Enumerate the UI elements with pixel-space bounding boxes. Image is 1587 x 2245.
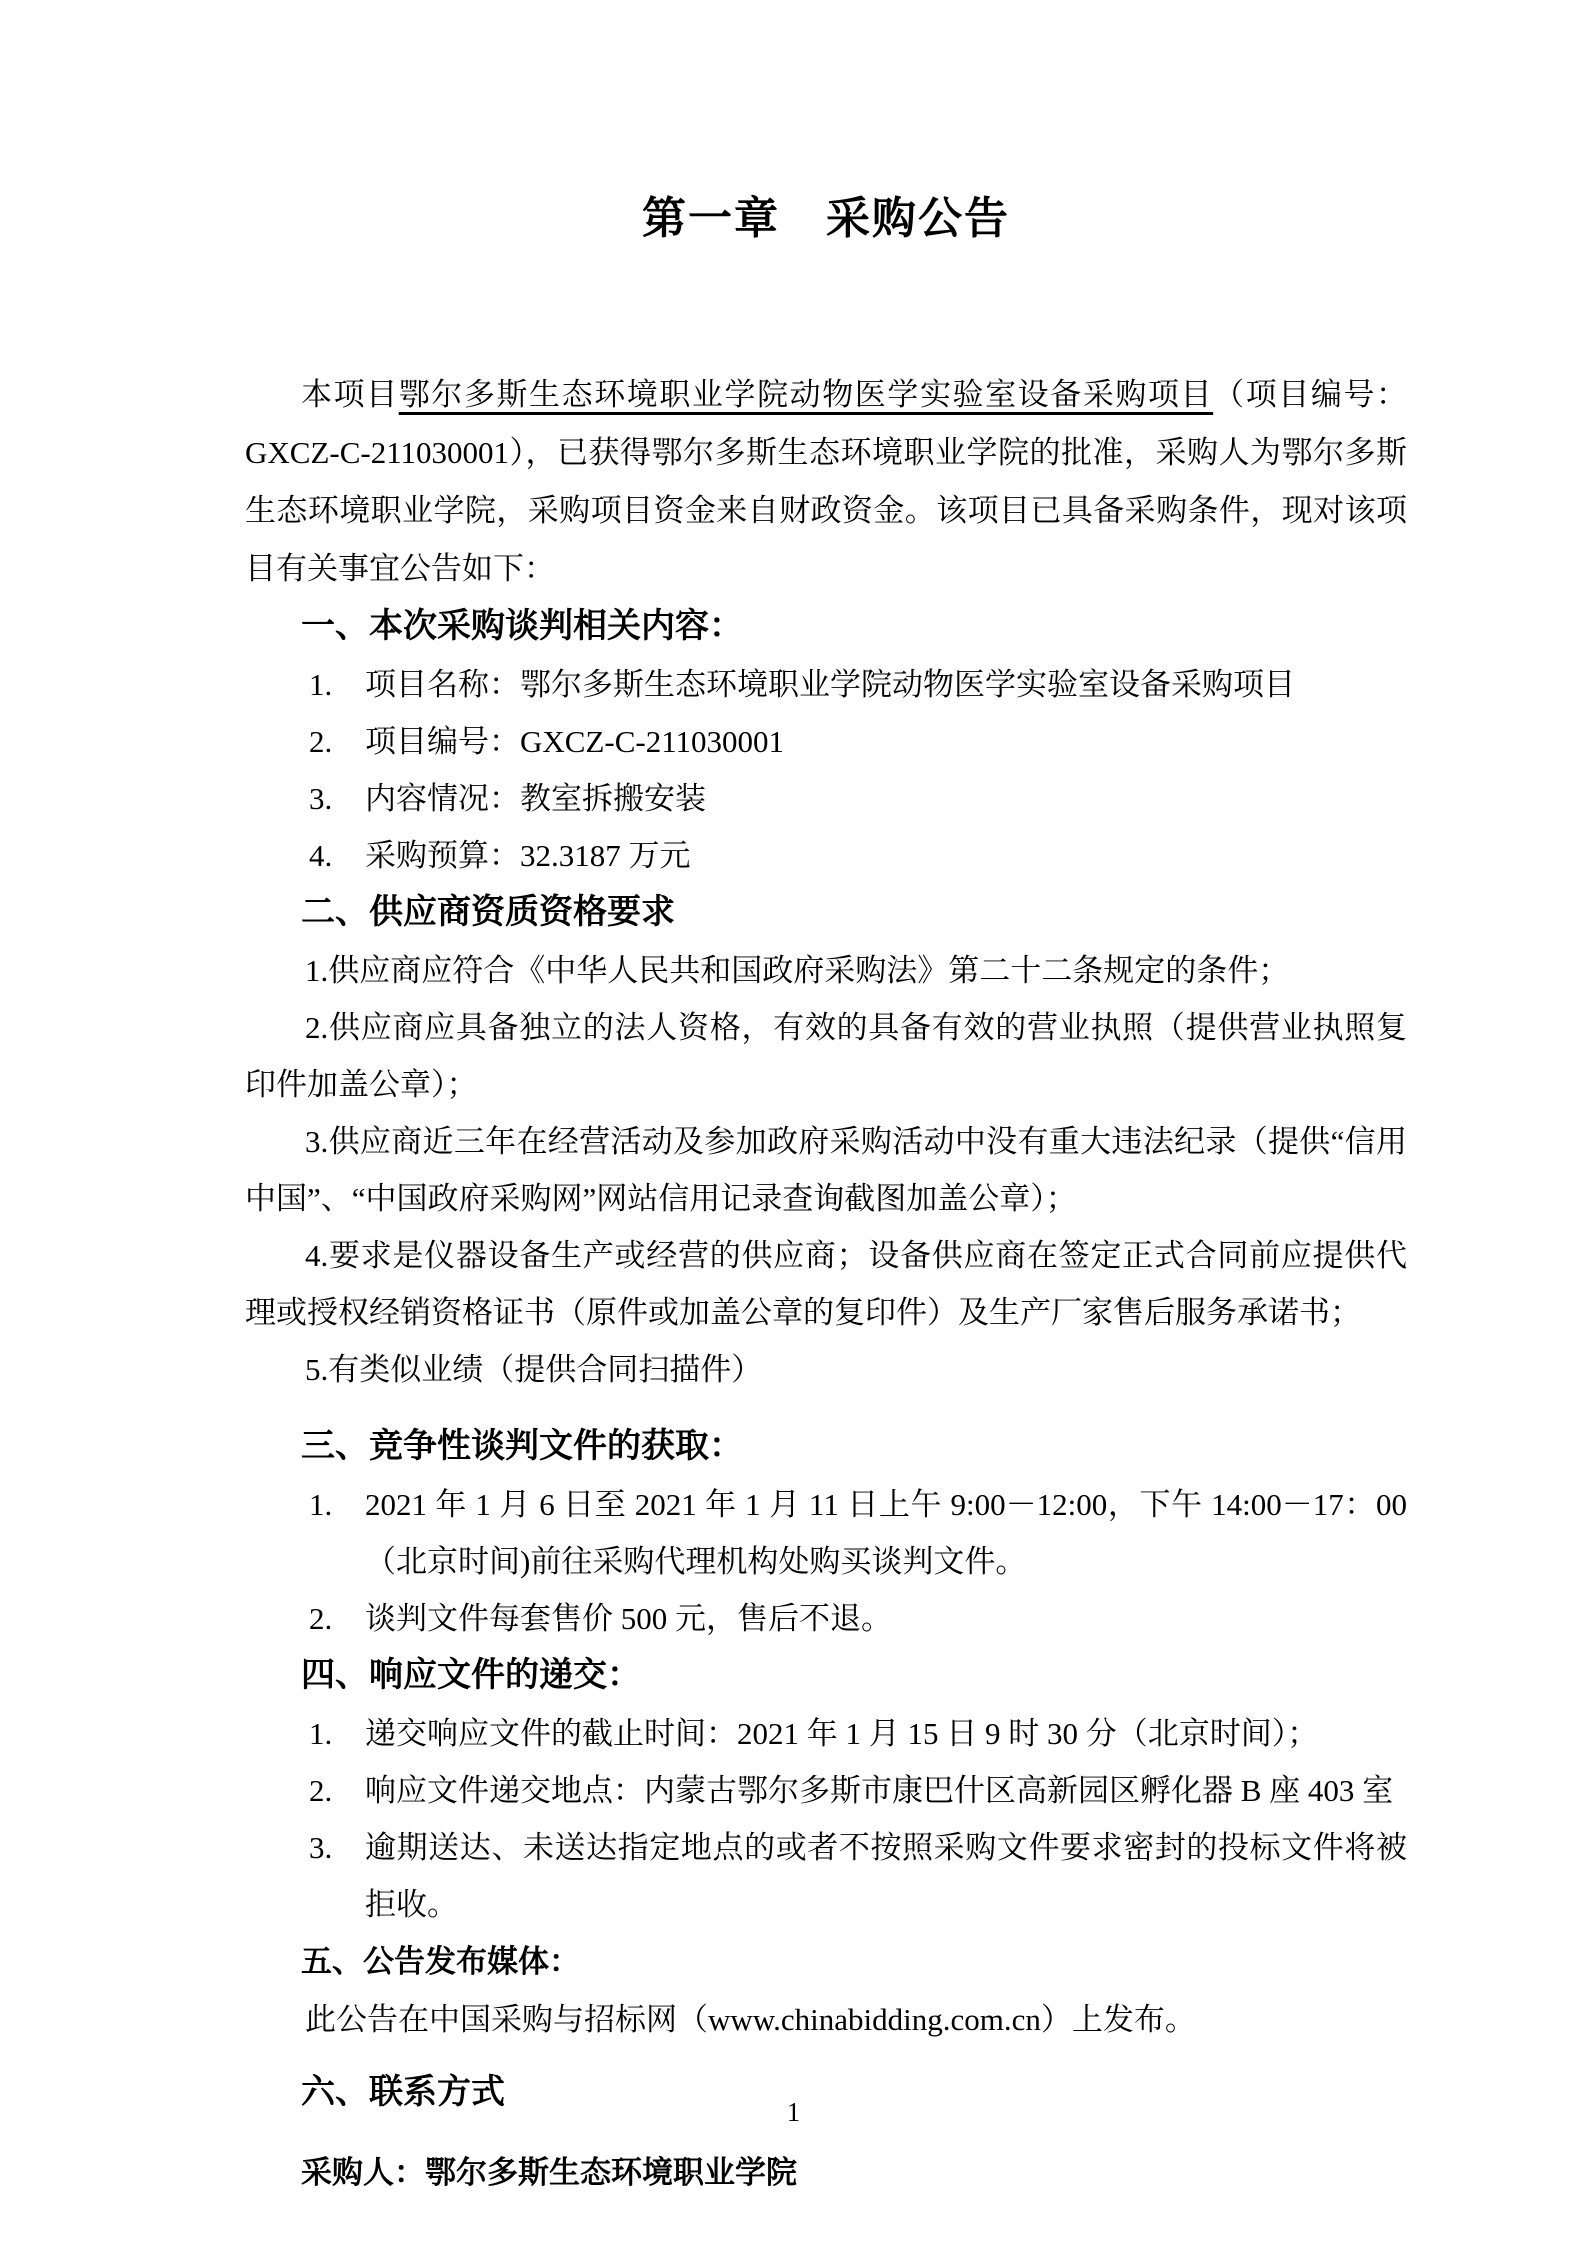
chapter-title: 第一章 采购公告 [245, 192, 1407, 246]
item-number: 2. [309, 1590, 365, 1647]
project-name-underlined: 鄂尔多斯生态环境职业学院动物医学实验室设备采购项目 [399, 377, 1213, 412]
section2-paragraph-1: 1.供应商应符合《中华人民共和国政府采购法》第二十二条规定的条件； [245, 942, 1407, 999]
section1-item-3: 3. 内容情况：教室拆搬安装 [245, 770, 1407, 827]
intro-prefix: 本项目 [301, 377, 399, 412]
section3-heading: 三、竞争性谈判文件的获取： [245, 1418, 1407, 1476]
item-text: 项目名称：鄂尔多斯生态环境职业学院动物医学实验室设备采购项目 [365, 656, 1407, 713]
section2-paragraph-2: 2.供应商应具备独立的法人资格，有效的具备有效的营业执照（提供营业执照复印件加盖… [245, 999, 1407, 1113]
section1-item-4: 4. 采购预算：32.3187 万元 [245, 827, 1407, 884]
section5-body: 此公告在中国采购与招标网（www.chinabidding.com.cn）上发布… [245, 1991, 1407, 2048]
item-number: 2. [309, 713, 365, 770]
item-text: 逾期送达、未送达指定地点的或者不按照采购文件要求密封的投标文件将被拒收。 [365, 1819, 1407, 1933]
intro-paragraph: 本项目鄂尔多斯生态环境职业学院动物医学实验室设备采购项目（项目编号：GXCZ-C… [245, 366, 1407, 598]
section3-item-1: 1. 2021 年 1 月 6 日至 2021 年 1 月 11 日上午 9:0… [245, 1476, 1407, 1590]
item-text: 2021 年 1 月 6 日至 2021 年 1 月 11 日上午 9:00－1… [365, 1476, 1407, 1590]
section4-item-1: 1. 递交响应文件的截止时间：2021 年 1 月 15 日 9 时 30 分（… [245, 1705, 1407, 1762]
item-number: 1. [309, 1476, 365, 1590]
item-number: 1. [309, 656, 365, 713]
item-number: 4. [309, 827, 365, 884]
section2-heading: 二、供应商资质资格要求 [245, 884, 1407, 942]
purchaser-line: 采购人：鄂尔多斯生态环境职业学院 [245, 2144, 1407, 2202]
document-page: 第一章 采购公告 本项目鄂尔多斯生态环境职业学院动物医学实验室设备采购项目（项目… [0, 0, 1587, 2245]
page-number: 1 [0, 2096, 1587, 2128]
item-text: 采购预算：32.3187 万元 [365, 827, 1407, 884]
item-text: 内容情况：教室拆搬安装 [365, 770, 1407, 827]
item-text: 谈判文件每套售价 500 元，售后不退。 [365, 1590, 1407, 1647]
item-number: 1. [309, 1705, 365, 1762]
item-text: 递交响应文件的截止时间：2021 年 1 月 15 日 9 时 30 分（北京时… [365, 1705, 1407, 1762]
item-text: 响应文件递交地点：内蒙古鄂尔多斯市康巴什区高新园区孵化器 B 座 403 室 [365, 1762, 1407, 1819]
section3-item-2: 2. 谈判文件每套售价 500 元，售后不退。 [245, 1590, 1407, 1647]
section2-paragraph-5: 5.有类似业绩（提供合同扫描件） [245, 1341, 1407, 1398]
section2-paragraph-3: 3.供应商近三年在经营活动及参加政府采购活动中没有重大违法纪录（提供“信用中国”… [245, 1113, 1407, 1227]
section1-item-1: 1. 项目名称：鄂尔多斯生态环境职业学院动物医学实验室设备采购项目 [245, 656, 1407, 713]
item-text: 项目编号：GXCZ-C-211030001 [365, 713, 1407, 770]
section1-heading: 一、本次采购谈判相关内容： [245, 598, 1407, 656]
section4-item-2: 2. 响应文件递交地点：内蒙古鄂尔多斯市康巴什区高新园区孵化器 B 座 403 … [245, 1762, 1407, 1819]
item-number: 2. [309, 1762, 365, 1819]
section5-heading: 五、公告发布媒体： [245, 1933, 1407, 1991]
item-number: 3. [309, 1819, 365, 1933]
item-number: 3. [309, 770, 365, 827]
section4-item-3: 3. 逾期送达、未送达指定地点的或者不按照采购文件要求密封的投标文件将被拒收。 [245, 1819, 1407, 1933]
section4-heading: 四、响应文件的递交： [245, 1647, 1407, 1705]
section1-item-2: 2. 项目编号：GXCZ-C-211030001 [245, 713, 1407, 770]
section2-paragraph-4: 4.要求是仪器设备生产或经营的供应商；设备供应商在签定正式合同前应提供代理或授权… [245, 1227, 1407, 1341]
